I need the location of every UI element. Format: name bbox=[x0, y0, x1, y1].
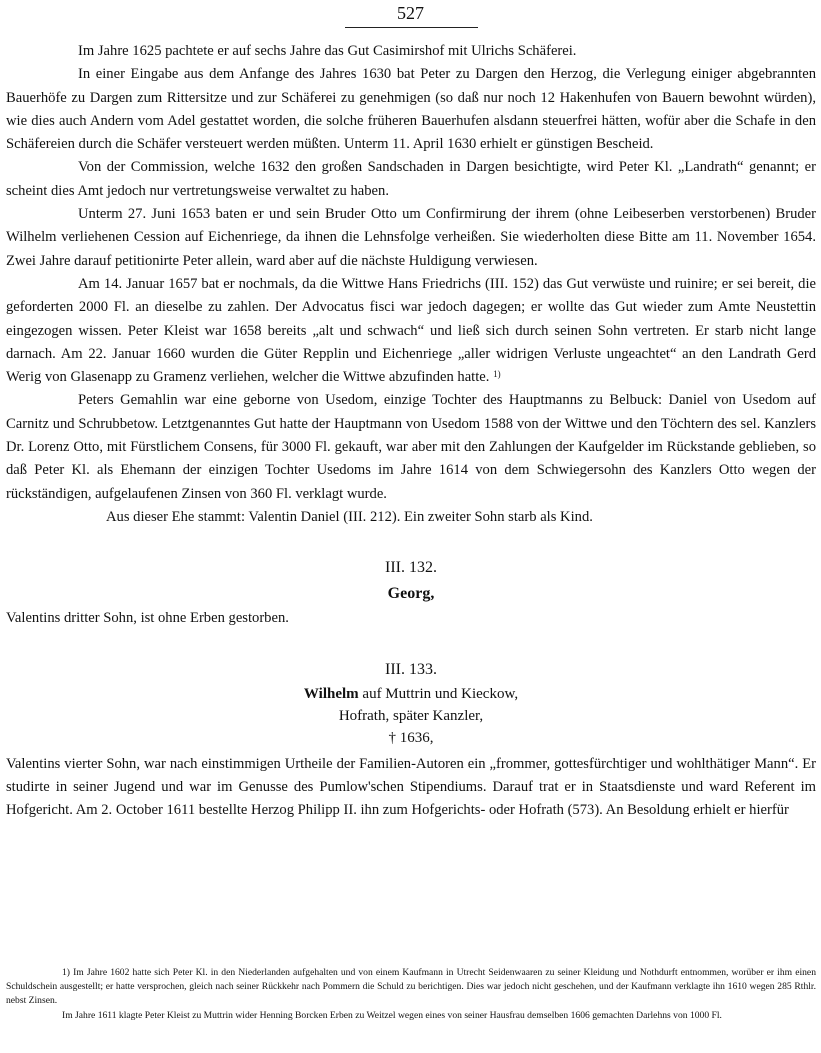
section-text-132: Valentins dritter Sohn, ist ohne Erben g… bbox=[6, 607, 816, 630]
paragraph: Unterm 27. Juni 1653 baten er und sein B… bbox=[6, 203, 816, 273]
body-text: Im Jahre 1625 pachtete er auf sechs Jahr… bbox=[6, 40, 816, 822]
section-death: † 1636, bbox=[6, 727, 816, 749]
page-number: 527 bbox=[0, 3, 821, 24]
section-name-wilhelm: Wilhelm auf Muttrin und Kieckow, bbox=[6, 683, 816, 705]
paragraph: Peters Gemahlin war eine geborne von Use… bbox=[6, 389, 816, 505]
person-name: Wilhelm bbox=[304, 686, 359, 702]
section-title: Hofrath, später Kanzler, bbox=[6, 705, 816, 727]
section-text-133: Valentins vierter Sohn, war nach einstim… bbox=[6, 753, 816, 823]
footnote-reference[interactable]: 1) bbox=[493, 369, 501, 379]
footnote-2: Im Jahre 1611 klagte Peter Kleist zu Mut… bbox=[6, 1009, 816, 1023]
footnote-1: 1) Im Jahre 1602 hatte sich Peter Kl. in… bbox=[6, 966, 816, 1009]
paragraph: Im Jahre 1625 pachtete er auf sechs Jahr… bbox=[6, 40, 816, 63]
section-id-132: III. 132. bbox=[6, 555, 816, 581]
paragraph: Von der Commission, welche 1632 den groß… bbox=[6, 156, 816, 203]
paragraph: Aus dieser Ehe stammt: Valentin Daniel (… bbox=[6, 506, 816, 529]
paragraph-text: Am 14. Januar 1657 bat er nochmals, da d… bbox=[6, 276, 816, 385]
footnotes: 1) Im Jahre 1602 hatte sich Peter Kl. in… bbox=[6, 966, 816, 1023]
paragraph: Am 14. Januar 1657 bat er nochmals, da d… bbox=[6, 273, 816, 389]
section-name-georg: Georg, bbox=[6, 581, 816, 607]
section-id-133: III. 133. bbox=[6, 657, 816, 683]
paragraph: In einer Eingabe aus dem Anfange des Jah… bbox=[6, 63, 816, 156]
document-page: 527 Im Jahre 1625 pachtete er auf sechs … bbox=[0, 0, 821, 1053]
estate-names: auf Muttrin und Kieckow, bbox=[359, 686, 518, 702]
header-rule bbox=[345, 27, 478, 28]
